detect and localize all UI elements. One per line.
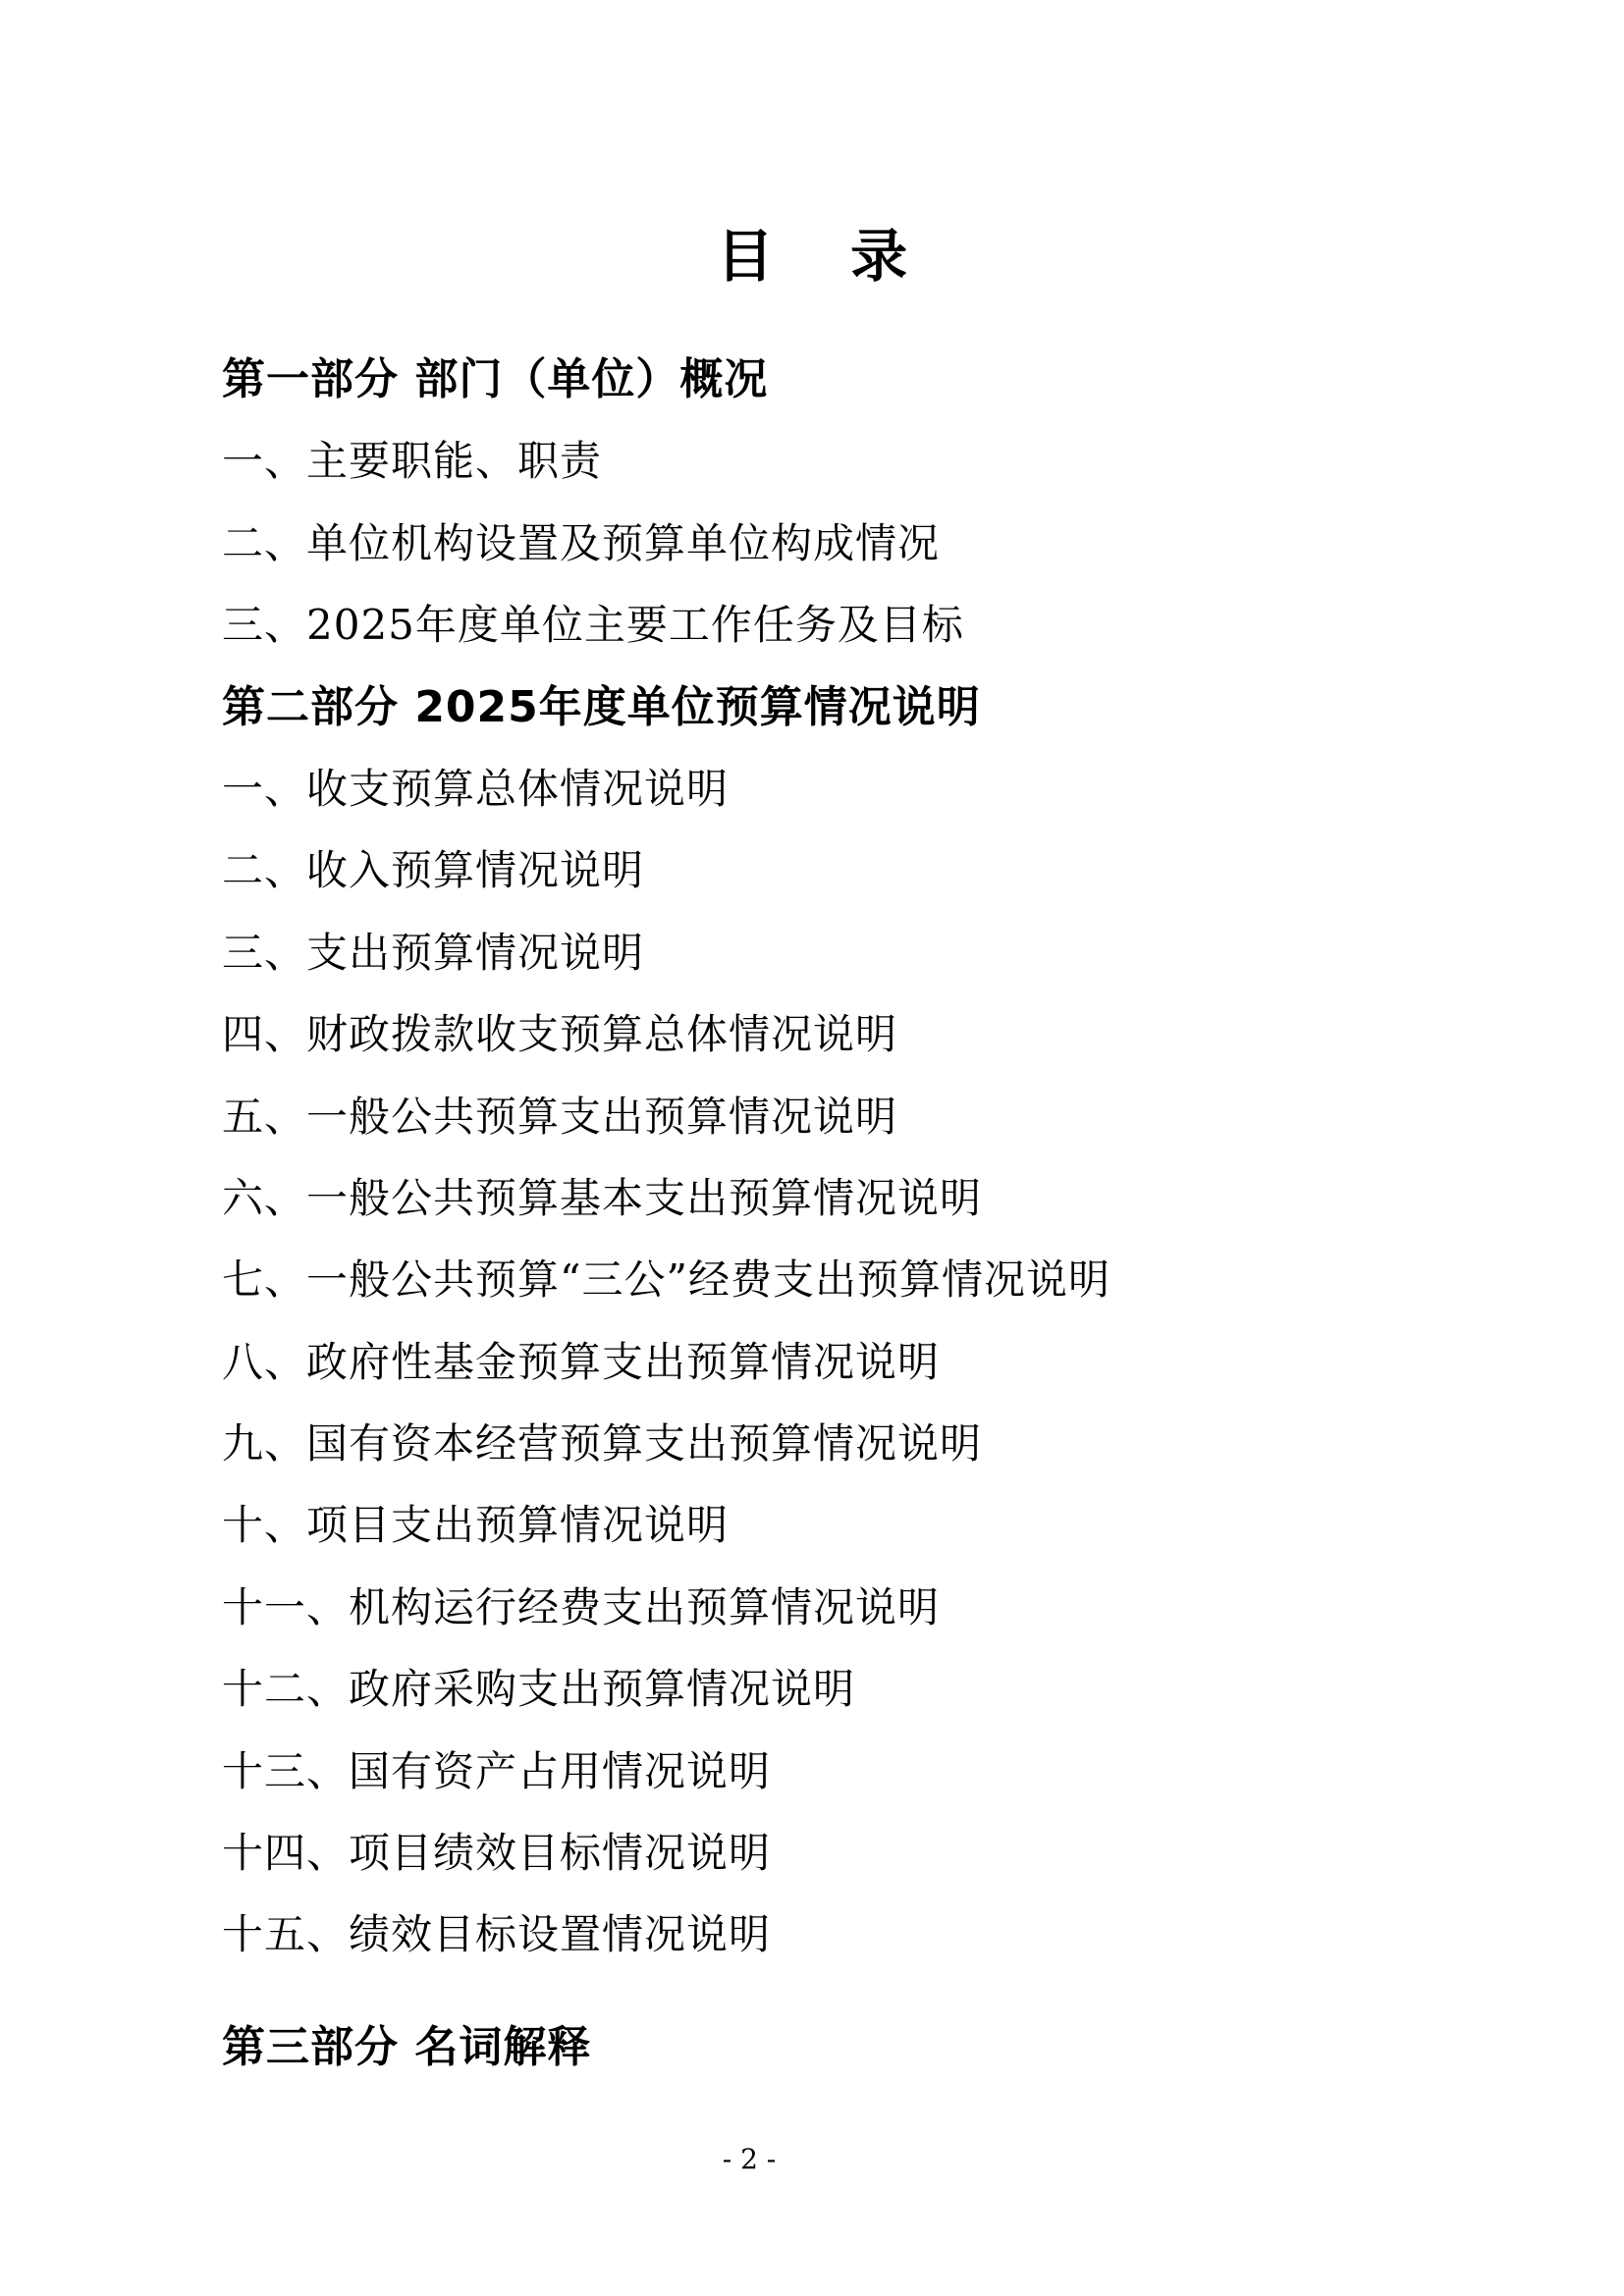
- toc-item: 二、收入预算情况说明: [222, 829, 1526, 911]
- toc-item: 一、主要职能、职责: [222, 420, 1526, 502]
- toc-item: 十五、绩效目标设置情况说明: [222, 1894, 1526, 1975]
- toc-part-2-heading: 第二部分 2025年度单位预算情况说明: [222, 667, 1526, 748]
- document-page: 目 录 第一部分 部门（单位）概况 一、主要职能、职责 二、单位机构设置及预算单…: [0, 0, 1624, 2296]
- toc-item: 五、一般公共预算支出预算情况说明: [222, 1076, 1526, 1157]
- toc-item: 十四、项目绩效目标情况说明: [222, 1812, 1526, 1894]
- table-of-contents: 第一部分 部门（单位）概况 一、主要职能、职责 二、单位机构设置及预算单位构成情…: [222, 339, 1526, 2088]
- toc-item: 十一、机构运行经费支出预算情况说明: [222, 1567, 1526, 1648]
- toc-item: 九、国有资本经营预算支出预算情况说明: [222, 1403, 1526, 1484]
- toc-item: 四、财政拨款收支预算总体情况说明: [222, 993, 1526, 1075]
- toc-item: 二、单位机构设置及预算单位构成情况: [222, 503, 1526, 584]
- toc-item: 三、2025年度单位主要工作任务及目标: [222, 584, 1526, 666]
- toc-item: 六、一般公共预算基本支出预算情况说明: [222, 1157, 1526, 1239]
- toc-item: 三、支出预算情况说明: [222, 912, 1526, 993]
- toc-item: 十三、国有资产占用情况说明: [222, 1731, 1526, 1812]
- toc-item: 八、政府性基金预算支出预算情况说明: [222, 1321, 1526, 1403]
- toc-part-3-heading: 第三部分 名词解释: [222, 2006, 1526, 2088]
- toc-part-1-heading: 第一部分 部门（单位）概况: [222, 339, 1526, 420]
- page-number: - 2 -: [0, 2144, 1561, 2175]
- toc-item: 十、项目支出预算情况说明: [222, 1484, 1526, 1566]
- toc-item: 十二、政府采购支出预算情况说明: [222, 1648, 1526, 1730]
- toc-item: 七、一般公共预算“三公”经费支出预算情况说明: [222, 1239, 1526, 1320]
- page-title: 目 录: [0, 224, 1624, 289]
- toc-item: 一、收支预算总体情况说明: [222, 748, 1526, 829]
